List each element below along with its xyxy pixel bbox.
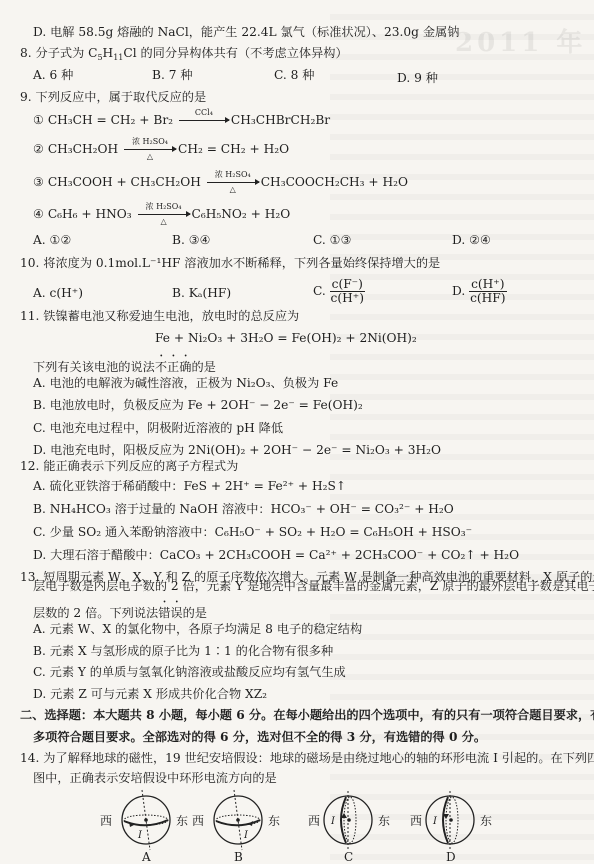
section-2-heading: 二、选择题：本大题共 8 小题，每小题 6 分。在每小题给出的四个选项中，有的只… bbox=[20, 707, 594, 723]
east-label: 东 bbox=[268, 812, 280, 829]
east-label: 东 bbox=[480, 812, 492, 829]
diagram-label: A bbox=[142, 850, 151, 864]
q11-stem: 11. 铁镍蓄电池又称爱迪生电池，放电时的总反应为 bbox=[20, 308, 299, 324]
reaction-arrow: 浓 H₂SO₄△ bbox=[124, 149, 176, 150]
q12-option-a: A. 硫化亚铁溶于稀硝酸中：FeS + 2H⁺ = Fe²⁺ + H₂S↑ bbox=[33, 478, 346, 494]
q11-equation: Fe + Ni₂O₃ + 3H₂O = Fe(OH)₂ + 2Ni(OH)₂ bbox=[155, 330, 417, 346]
svg-text:I: I bbox=[243, 830, 249, 841]
q9-reaction-1: ① CH₃CH = CH₂ + Br₂ CCl₄CH₃CHBrCH₂Br bbox=[33, 112, 330, 128]
q8-option-d: D. 9 种 bbox=[397, 70, 438, 86]
q13-option-a: A. 元素 W、X 的氯化物中，各原子均满足 8 电子的稳定结构 bbox=[33, 621, 362, 637]
q9-option-b: B. ③④ bbox=[172, 232, 211, 248]
q9-option-a: A. ①② bbox=[33, 232, 71, 248]
q9-option-d: D. ②④ bbox=[452, 232, 491, 248]
q7-option-d: D. 电解 58.5g 熔融的 NaCl，能产生 22.4L 氯气（标准状况）、… bbox=[33, 24, 459, 40]
q11-option-a: A. 电池的电解液为碱性溶液，正极为 Ni₂O₃、负极为 Fe bbox=[33, 375, 338, 391]
reaction-arrow: CCl₄ bbox=[179, 120, 229, 121]
diagram-b: 西 I 东 B bbox=[192, 788, 282, 864]
q9-reaction-3: ③ CH₃COOH + CH₃CH₂OH 浓 H₂SO₄△CH₃COOCH₂CH… bbox=[33, 174, 408, 190]
section-2-heading-line-2: 多项符合题目要求。全部选对的得 6 分，选对但不全的得 3 分，有选错的得 0 … bbox=[33, 729, 486, 745]
diagram-label: B bbox=[234, 850, 243, 864]
q11-option-d: D. 电池充电时，阳极反应为 2Ni(OH)₂ + 2OH⁻ − 2e⁻ = N… bbox=[33, 442, 441, 458]
reaction-arrow: 浓 H₂SO₄△ bbox=[207, 182, 259, 183]
q8-option-a: A. 6 种 bbox=[33, 67, 73, 83]
q13-stem-line-3: 层数的 2 倍。下列说法错误的是 bbox=[33, 599, 207, 621]
q11-option-c: C. 电池充电过程中，阴极附近溶液的 pH 降低 bbox=[33, 420, 283, 436]
east-label: 东 bbox=[176, 812, 188, 829]
q8-option-c: C. 8 种 bbox=[274, 67, 314, 83]
q12-stem: 12. 能正确表示下列反应的离子方程式为 bbox=[20, 458, 238, 474]
q10-option-b: B. Kₐ(HF) bbox=[172, 285, 231, 301]
q12-option-d: D. 大理石溶于醋酸中：CaCO₃ + 2CH₃COOH = Ca²⁺ + 2C… bbox=[33, 547, 519, 563]
q10-stem: 10. 将浓度为 0.1mol.L⁻¹HF 溶液加水不断稀释，下列各量始终保持增… bbox=[20, 255, 440, 271]
reaction-arrow: 浓 H₂SO₄△ bbox=[138, 214, 190, 215]
q14-stem-line-2: 图中，正确表示安培假设中环形电流方向的是 bbox=[33, 770, 277, 786]
q12-option-b: B. NH₄HCO₃ 溶于过量的 NaOH 溶液中：HCO₃⁻ + OH⁻ = … bbox=[33, 501, 454, 517]
east-label: 东 bbox=[378, 812, 390, 829]
svg-text:I: I bbox=[330, 816, 336, 827]
diagram-c: 西 I 东 C bbox=[308, 788, 398, 864]
diagram-label: D bbox=[446, 850, 456, 864]
q8-stem: 8. 分子式为 C5H11Cl 的同分异构体共有（不考虑立体异构） bbox=[20, 45, 348, 61]
q14-stem-line-1: 14. 为了解释地球的磁性，19 世纪安培假设：地球的磁场是由绕过地心的轴的环形… bbox=[20, 750, 594, 766]
q11-prompt: 下列有关该电池的说法不正确的是 bbox=[33, 353, 216, 375]
q13-stem-line-2: 层电子数是内层电子数的 2 倍，元素 Y 是地壳中含量最丰富的金属元素，Z 原子… bbox=[33, 578, 594, 594]
svg-text:I: I bbox=[137, 830, 143, 841]
q9-option-c: C. ①③ bbox=[313, 232, 352, 248]
q13-option-c: C. 元素 Y 的单质与氢氧化钠溶液或盐酸反应均有氢气生成 bbox=[33, 664, 346, 680]
q9-reaction-2: ② CH₃CH₂OH 浓 H₂SO₄△CH₂ = CH₂ + H₂O bbox=[33, 141, 289, 157]
q10-option-c: C. c(F⁻)c(H⁺) bbox=[313, 278, 365, 305]
svg-text:I: I bbox=[432, 816, 438, 827]
q13-option-b: B. 元素 X 与氢形成的原子比为 1∶1 的化合物有很多种 bbox=[33, 643, 333, 659]
q11-option-b: B. 电池放电时，负极反应为 Fe + 2OH⁻ − 2e⁻ = Fe(OH)₂ bbox=[33, 397, 363, 413]
q10-option-d: D. c(H⁺)c(HF) bbox=[452, 278, 507, 305]
q9-reaction-4: ④ C₆H₆ + HNO₃ 浓 H₂SO₄△C₆H₅NO₂ + H₂O bbox=[33, 206, 290, 222]
diagram-a: 西 I 东 A bbox=[100, 788, 190, 864]
q13-option-d: D. 元素 Z 可与元素 X 形成共价化合物 XZ₂ bbox=[33, 686, 267, 702]
diagram-label: C bbox=[344, 850, 353, 864]
fraction: c(H⁺)c(HF) bbox=[469, 278, 506, 305]
q12-option-c: C. 少量 SO₂ 通入苯酚钠溶液中：C₆H₅O⁻ + SO₂ + H₂O = … bbox=[33, 524, 472, 540]
fraction: c(F⁻)c(H⁺) bbox=[330, 278, 365, 305]
q10-option-a: A. c(H⁺) bbox=[33, 285, 83, 301]
bleed-through-title: 2011 年 bbox=[455, 22, 586, 59]
q8-option-b: B. 7 种 bbox=[152, 67, 193, 83]
q9-stem: 9. 下列反应中，属于取代反应的是 bbox=[20, 89, 206, 105]
diagram-d: 西 I 东 D bbox=[410, 788, 500, 864]
